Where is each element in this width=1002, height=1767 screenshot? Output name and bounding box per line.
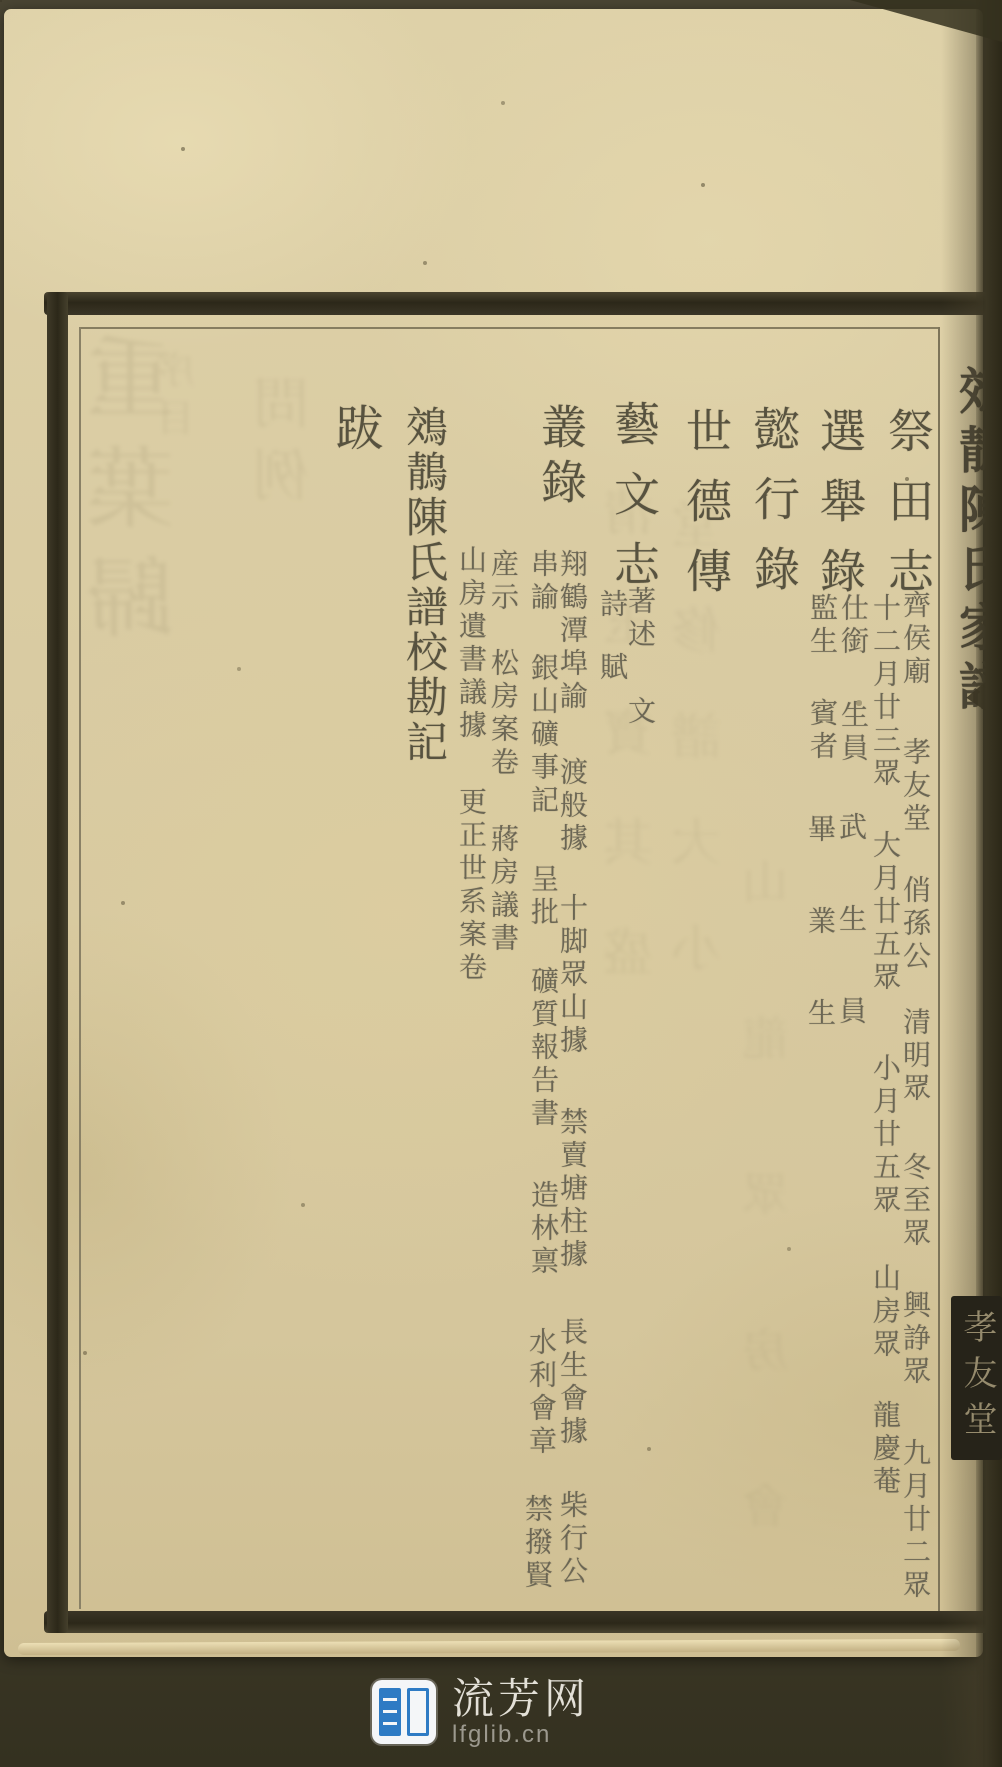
watermark-logo-icon [372,1680,436,1744]
toc-annotation-item: 畢業生 [799,814,839,1090]
frame-border-top [44,292,988,315]
toc-annotation-item: 銀山礦事記 [522,653,562,818]
frame-inner-line-top [79,327,939,329]
toc-annotation-item: 礦質報告書 [522,966,562,1131]
toc-annotation-item: 造林禀 [522,1180,562,1279]
toc-entry-ba: 跋 [320,403,389,451]
toc-entry-shidezhuan: 世德傳 [672,407,738,617]
toc-entry-jiaokanji: 鵁鶄陳氏譜校勘記 [393,405,453,765]
toc-entry-xuanjulu: 選舉錄 [806,407,872,617]
toc-entry-jitianzhi: 祭田志 [874,407,940,617]
toc-annotation-item: 呈批 [522,864,562,930]
toc-annotation-item: 山房眾 [864,1263,904,1362]
watermark: 流芳网 lfglib.cn [372,1676,590,1749]
toc-annotation-item: 詩 [591,589,631,622]
toc-entry-yiwenzhi: 藝文志 [600,400,666,610]
toc-annotation-item: 柴行公 [551,1490,591,1589]
toc-entry-conglu: 叢錄 [527,403,593,513]
toc-annotation-item: 大月廿五眾 [864,830,904,995]
watermark-site-name: 流芳网 [452,1676,590,1722]
book-edge-strip [976,0,1002,1767]
toc-annotation-item: 賦 [591,652,631,685]
toc-annotation-item: 禁撥賢 [516,1494,556,1593]
toc-annotation-item: 賓者 [801,698,841,764]
toc-annotation-item: 龍慶菴 [864,1400,904,1499]
toc-entry-yixinglu: 懿行錄 [740,405,806,615]
toc-annotation-item: 更正世系案卷 [450,787,490,985]
frame-inner-line-left [79,327,81,1609]
scanned-book-photo: 重葉歸 序目 問例 清玉寶其盛 堂修譜大小 山龍眾房會 鵁鶄陳氏家譜 祭田志 選… [0,0,1002,1767]
toc-annotation-item: 監生 [801,593,841,659]
watermark-site-url: lfglib.cn [452,1722,590,1748]
toc-annotation-item: 文 [619,696,659,729]
toc-annotation-item: 山房遺書議據 [450,545,490,743]
toc-annotation-item: 串諭 [522,549,562,615]
hall-name-label: 孝友堂 [951,1296,1002,1460]
frame-border-bottom [44,1611,988,1633]
hall-name-text: 孝友堂 [952,1309,1001,1447]
toc-annotation-item: 水利會章 [520,1327,560,1459]
paper-specks [0,0,2,2]
toc-annotation-item: 小月廿五眾 [864,1053,904,1218]
frame-border-left [47,292,68,1633]
